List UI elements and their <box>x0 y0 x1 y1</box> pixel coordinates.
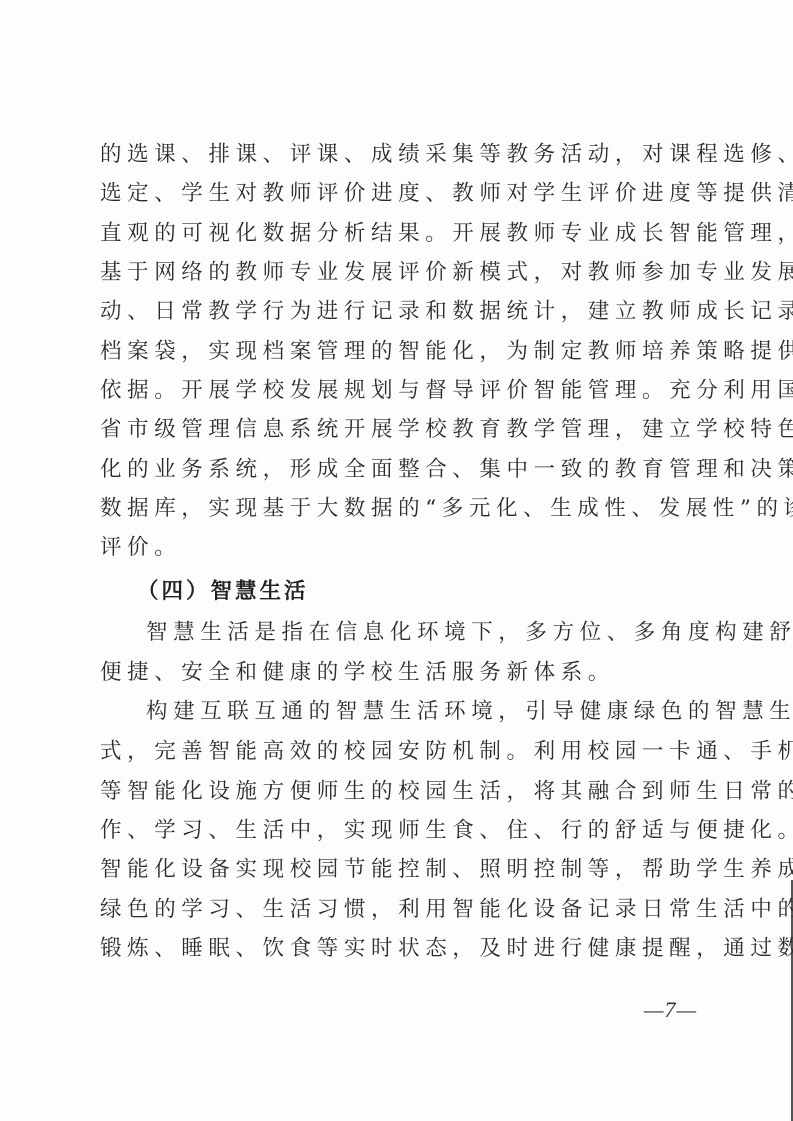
document-page: 的选课、排课、评课、成绩采集等教务活动，对课程选修、班级 选定、学生对教师评价进… <box>0 0 793 1121</box>
paragraph-1-line-5: 动、日常教学行为进行记录和数据统计，建立教师成长记录电子 <box>100 297 700 327</box>
paragraph-1-line-4: 基于网络的教师专业发展评价新模式，对教师参加专业发展活 <box>100 258 700 288</box>
paragraph-3-line-7: 锻炼、睡眠、饮食等实时状态，及时进行健康提醒，通过数据指 <box>100 934 700 964</box>
paragraph-1-line-9: 化的业务系统，形成全面整合、集中一致的教育管理和决策基础 <box>100 455 700 485</box>
paragraph-2-line-2: 便捷、安全和健康的学校生活服务新体系。 <box>100 658 700 688</box>
paragraph-1-line-8: 省市级管理信息系统开展学校教育教学管理，建立学校特色个性 <box>100 415 700 445</box>
paragraph-3-line-3: 等智能化设施方便师生的校园生活，将其融合到师生日常的工 <box>100 777 700 807</box>
paragraph-1-line-6: 档案袋，实现档案管理的智能化，为制定教师培养策略提供支撑 <box>100 337 700 367</box>
paragraph-3-line-6: 绿色的学习、生活习惯，利用智能化设备记录日常生活中的学习、 <box>100 895 700 925</box>
paragraph-2-line-1: 智慧生活是指在信息化环境下，多方位、多角度构建舒适、 <box>146 618 746 648</box>
paragraph-3-line-1: 构建互联互通的智慧生活环境，引导健康绿色的智慧生活方 <box>146 697 746 727</box>
paragraph-3-line-5: 智能化设备实现校园节能控制、照明控制等，帮助学生养成健康、 <box>100 855 700 885</box>
paragraph-1-line-1: 的选课、排课、评课、成绩采集等教务活动，对课程选修、班级 <box>100 140 700 170</box>
page-number: —7— <box>644 997 697 1023</box>
paragraph-1-line-7: 依据。开展学校发展规划与督导评价智能管理。充分利用国家、 <box>100 376 700 406</box>
section-heading: （四）智慧生活 <box>137 577 309 607</box>
paragraph-1-line-11: 评价。 <box>100 533 700 563</box>
paragraph-1-line-3: 直观的可视化数据分析结果。开展教师专业成长智能管理，实现 <box>100 219 700 249</box>
paragraph-3-line-2: 式，完善智能高效的校园安防机制。利用校园一卡通、手机芯片 <box>100 737 700 767</box>
paragraph-3-line-4: 作、学习、生活中，实现师生食、住、行的舒适与便捷化。利用 <box>100 816 700 846</box>
paragraph-1-line-10: 数据库，实现基于大数据的“多元化、生成性、发展性”的诊断 <box>100 494 700 524</box>
paragraph-1-line-2: 选定、学生对教师评价进度、教师对学生评价进度等提供清晰、 <box>100 179 700 209</box>
